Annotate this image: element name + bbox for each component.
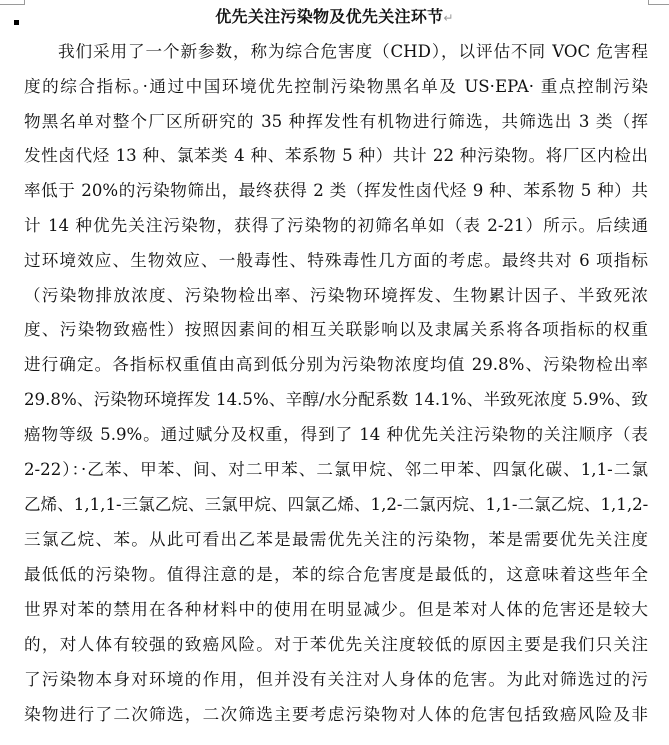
crop-mark-top-right <box>648 4 669 5</box>
text-line: 度的综合指标。·通过中国环境优先控制污染物黑名单及 US·EPA· 重点控制污染 <box>24 76 648 98</box>
text-line: 发性卤代烃 13 种、氯苯类 4 种、苯系物 5 种）共计 22 种污染物。将厂… <box>24 145 648 167</box>
text-line: 了污染物本身对环境的作用，但并没有关注对人身体的危害。为此对筛选过的污 <box>24 669 648 691</box>
text-line: 世界对苯的禁用在各种材料中的使用在明显减少。但是苯对人体的危害还是较大 <box>24 599 648 621</box>
text-line: 染物进行了二次筛选，二次筛选主要考虑污染物对人体的危害包括致癌风险及非 <box>24 704 648 726</box>
text-line: 2-22）：·乙苯、甲苯、间、对二甲苯、二氯甲烷、邻二甲苯、四氯化碳、1,1-二… <box>24 459 648 481</box>
heading-text: 优先关注污染物及优先关注环节 <box>215 7 443 26</box>
text-line: 癌物等级 5.9%。通过赋分及权重，得到了 14 种优先关注污染物的关注顺序（表 <box>24 424 648 446</box>
text-line: 三氯乙烷、苯。从此可看出乙苯是最需优先关注的污染物，苯是需要优先关注度 <box>24 529 648 551</box>
text-line: 的，对人体有较强的致癌风险。对于苯优先关注度较低的原因主要是我们只关注 <box>24 634 648 656</box>
text-line: 乙烯、1,1,1-三氯乙烷、三氯甲烷、四氯乙烯、1,2-二氯丙烷、1,1-二氯乙… <box>24 494 648 516</box>
crop-mark-top-right-vertical <box>648 0 649 5</box>
text-line: 率低于 20%的污染物筛出，最终获得 2 类（挥发性卤代烃 9 种、苯系物 5 … <box>24 180 648 202</box>
text-line: 最低低的污染物。值得注意的是，苯的综合危害度是最低的，这意味着这些年全 <box>24 564 648 586</box>
text-line: 计 14 种优先关注污染物，获得了污染物的初筛名单如（表 2-21）所示。后续通 <box>24 215 648 237</box>
text-line: 29.8%、污染物环境挥发 14.5%、辛醇/水分配系数 14.1%、半致死浓度… <box>24 389 648 411</box>
text-line: （污染物排放浓度、污染物检出率、污染物环境挥发、生物累计因子、半致死浓 <box>24 285 648 307</box>
text-line: 物黑名单对整个厂区所研究的 35 种挥发性有机物进行筛选，共筛选出 3 类（挥 <box>24 111 648 133</box>
crop-mark-top-left-vertical <box>24 0 25 5</box>
section-heading[interactable]: 优先关注污染物及优先关注环节↵ <box>0 6 669 29</box>
crop-mark-top-left <box>0 4 24 5</box>
text-line: 进行确定。各指标权重值由高到低分别为污染物浓度均值 29.8%、污染物检出率 <box>24 354 648 376</box>
text-line: 过环境效应、生物效应、一般毒性、特殊毒性几方面的考虑。最终共对 6 项指标 <box>24 250 648 272</box>
paragraph-mark-icon: ↵ <box>443 11 453 25</box>
text-line: 我们采用了一个新参数，称为综合危害度（CHD），以评估不同 VOC 危害程 <box>58 41 648 63</box>
text-line: 度、污染物致癌性）按照因素间的相互关联影响以及隶属关系将各项指标的权重 <box>24 319 648 341</box>
